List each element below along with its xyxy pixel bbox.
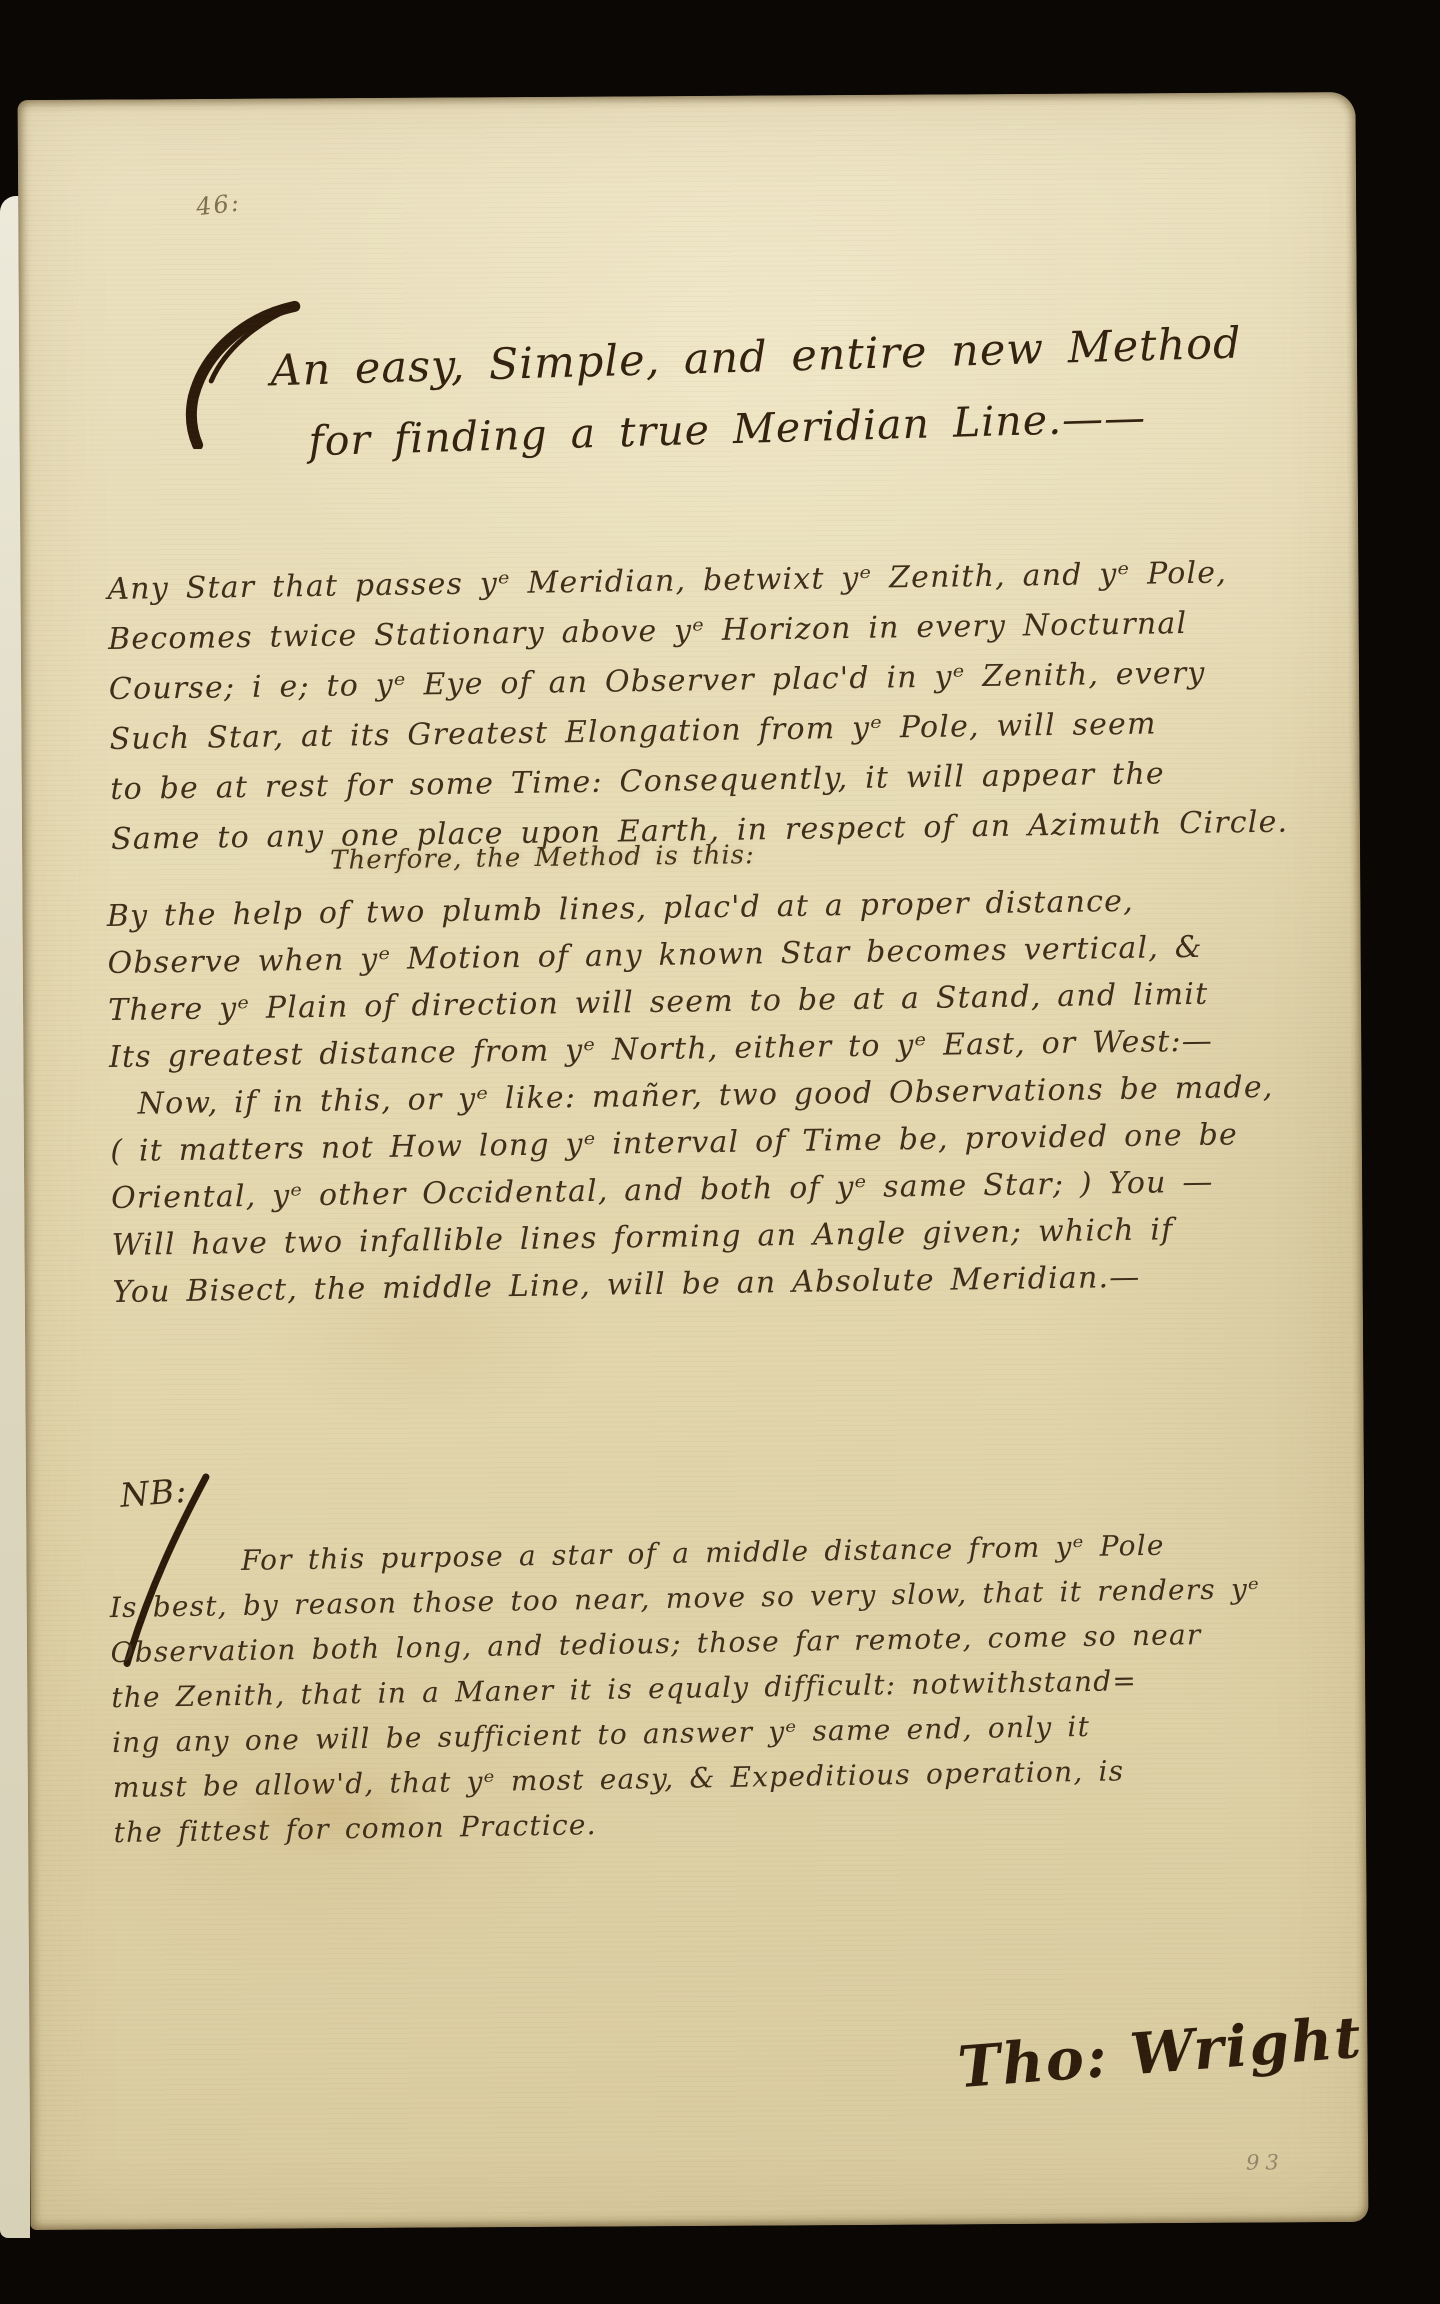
signature: Tho: Wright. [955,2004,1359,2101]
folio-number: 46: [195,188,242,221]
nota-bene-paragraph: For this purpose a star of a middle dist… [109,1519,1369,1855]
method-intro-line: Therfore, the Method is this: [330,840,755,876]
document-title: An easy, Simple, and entire new Method f… [270,316,1313,466]
title-line-1: An easy, Simple, and entire new Method [270,316,1311,396]
manuscript-page: 46: An easy, Simple, and entire new Meth… [18,92,1369,2230]
paragraph-2: By the help of two plumb lines, plac'd a… [107,874,1368,1316]
title-line-2: for finding a true Meridian Line.—— [308,388,1313,465]
paragraph-1: Any Star that passes yᵉ Meridian, betwix… [107,546,1361,865]
page-corner-number: 93 [1246,2150,1285,2174]
